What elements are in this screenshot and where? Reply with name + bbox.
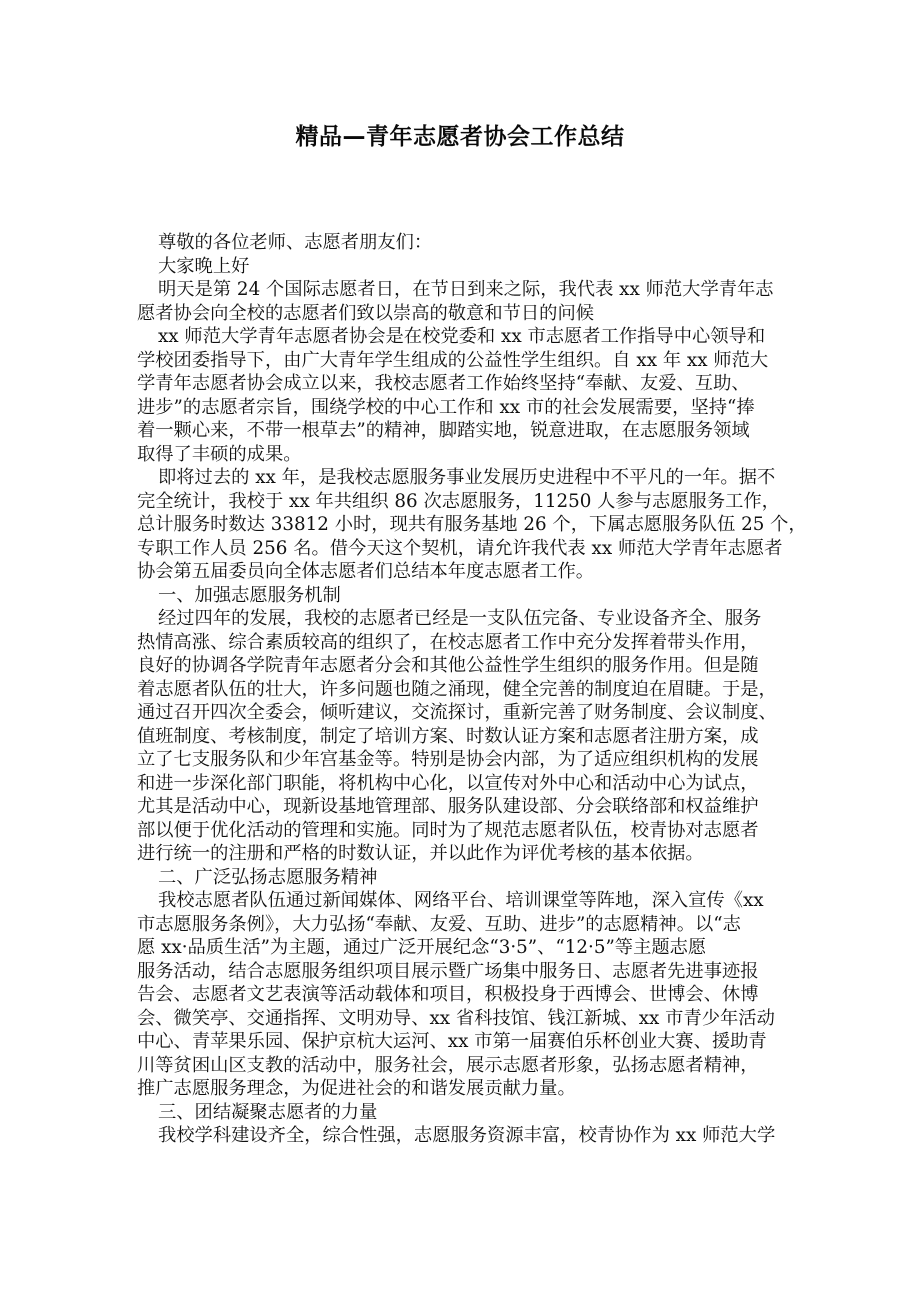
document-title: 精品—青年志愿者协会工作总结 bbox=[0, 122, 920, 152]
body-line: 专职工作人员 256 名。借今天这个契机，请允许我代表 xx 师范大学青年志愿者 bbox=[137, 537, 797, 561]
body-line: 总计服务时数达 33812 小时，现共有服务基地 26 个，下属志愿服务队伍 2… bbox=[137, 513, 797, 537]
greeting: 大家晚上好 bbox=[137, 255, 797, 279]
body-line: 部以便于优化活动的管理和实施。同时为了规范志愿者队伍，校青协对志愿者 bbox=[137, 819, 797, 843]
body-line: 着一颗心来，不带一根草去”的精神，脚踏实地，锐意进取，在志愿服务领域 bbox=[137, 419, 797, 443]
body-line: 学校团委指导下，由广大青年学生组成的公益性学生组织。自 xx 年 xx 师范大 bbox=[137, 349, 797, 373]
body-line: 明天是第 24 个国际志愿者日，在节日到来之际，我代表 xx 师范大学青年志 bbox=[137, 278, 797, 302]
body-line: 值班制度、考核制度，制定了培训方案、时数认证方案和志愿者注册方案，成 bbox=[137, 725, 797, 749]
body-line: 通过召开四次全委会，倾听建议，交流探讨，重新完善了财务制度、会议制度、 bbox=[137, 701, 797, 725]
body-line: 川等贫困山区支教的活动中，服务社会，展示志愿者形象，弘扬志愿者精神， bbox=[137, 1054, 797, 1078]
body-line: 协会第五届委员向全体志愿者们总结本年度志愿者工作。 bbox=[137, 560, 797, 584]
salutation: 尊敬的各位老师、志愿者朋友们： bbox=[137, 231, 797, 255]
body-line: 告会、志愿者文艺表演等活动载体和项目，积极投身于西博会、世博会、休博 bbox=[137, 983, 797, 1007]
body-line: 愿 xx·品质生活”为主题，通过广泛开展纪念“3·5”、“12·5”等主题志愿 bbox=[137, 936, 797, 960]
document-body: 尊敬的各位老师、志愿者朋友们：大家晚上好明天是第 24 个国际志愿者日，在节日到… bbox=[137, 231, 797, 1148]
body-line: 经过四年的发展，我校的志愿者已经是一支队伍完备、专业设备齐全、服务 bbox=[137, 607, 797, 631]
document-page: 精品—青年志愿者协会工作总结 尊敬的各位老师、志愿者朋友们：大家晚上好明天是第 … bbox=[0, 0, 920, 1302]
body-line: 推广志愿服务理念，为促进社会的和谐发展贡献力量。 bbox=[137, 1077, 797, 1101]
body-line: 完全统计，我校于 xx 年共组织 86 次志愿服务，11250 人参与志愿服务工… bbox=[137, 490, 797, 514]
section-heading: 三、团结凝聚志愿者的力量 bbox=[137, 1101, 797, 1125]
body-line: 服务活动，结合志愿服务组织项目展示暨广场集中服务日、志愿者先进事迹报 bbox=[137, 960, 797, 984]
body-line: 立了七支服务队和少年宫基金等。特别是协会内部，为了适应组织机构的发展 bbox=[137, 748, 797, 772]
body-line: 和进一步深化部门职能，将机构中心化，以宣传对外中心和活动中心为试点， bbox=[137, 772, 797, 796]
body-line: 会、微笑亭、交通指挥、文明劝导、xx 省科技馆、钱江新城、xx 市青少年活动 bbox=[137, 1007, 797, 1031]
body-line: 我校学科建设齐全，综合性强，志愿服务资源丰富，校青协作为 xx 师范大学 bbox=[137, 1124, 797, 1148]
body-line: 学青年志愿者协会成立以来，我校志愿者工作始终坚持“奉献、友爱、互助、 bbox=[137, 372, 797, 396]
body-line: 中心、青苹果乐园、保护京杭大运河、xx 市第一届赛伯乐杯创业大赛、援助青 bbox=[137, 1030, 797, 1054]
body-line: 着志愿者队伍的壮大，许多问题也随之涌现，健全完善的制度迫在眉睫。于是， bbox=[137, 678, 797, 702]
body-line: 市志愿服务条例》，大力弘扬“奉献、友爱、互助、进步”的志愿精神。以“志 bbox=[137, 913, 797, 937]
body-line: 愿者协会向全校的志愿者们致以崇高的敬意和节日的问候 bbox=[137, 302, 797, 326]
body-line: 热情高涨、综合素质较高的组织了，在校志愿者工作中充分发挥着带头作用， bbox=[137, 631, 797, 655]
body-line: 良好的协调各学院青年志愿者分会和其他公益性学生组织的服务作用。但是随 bbox=[137, 654, 797, 678]
body-line: 尤其是活动中心，现新设基地管理部、服务队建设部、分会联络部和权益维护 bbox=[137, 795, 797, 819]
section-heading: 二、广泛弘扬志愿服务精神 bbox=[137, 866, 797, 890]
body-line: 即将过去的 xx 年，是我校志愿服务事业发展历史进程中不平凡的一年。据不 bbox=[137, 466, 797, 490]
body-line: 进步”的志愿者宗旨，围绕学校的中心工作和 xx 市的社会发展需要，坚持“捧 bbox=[137, 396, 797, 420]
body-line: 取得了丰硕的成果。 bbox=[137, 443, 797, 467]
section-heading: 一、加强志愿服务机制 bbox=[137, 584, 797, 608]
body-line: 进行统一的注册和严格的时数认证，并以此作为评优考核的基本依据。 bbox=[137, 842, 797, 866]
body-line: 我校志愿者队伍通过新闻媒体、网络平台、培训课堂等阵地，深入宣传《xx bbox=[137, 889, 797, 913]
body-line: xx 师范大学青年志愿者协会是在校党委和 xx 市志愿者工作指导中心领导和 bbox=[137, 325, 797, 349]
